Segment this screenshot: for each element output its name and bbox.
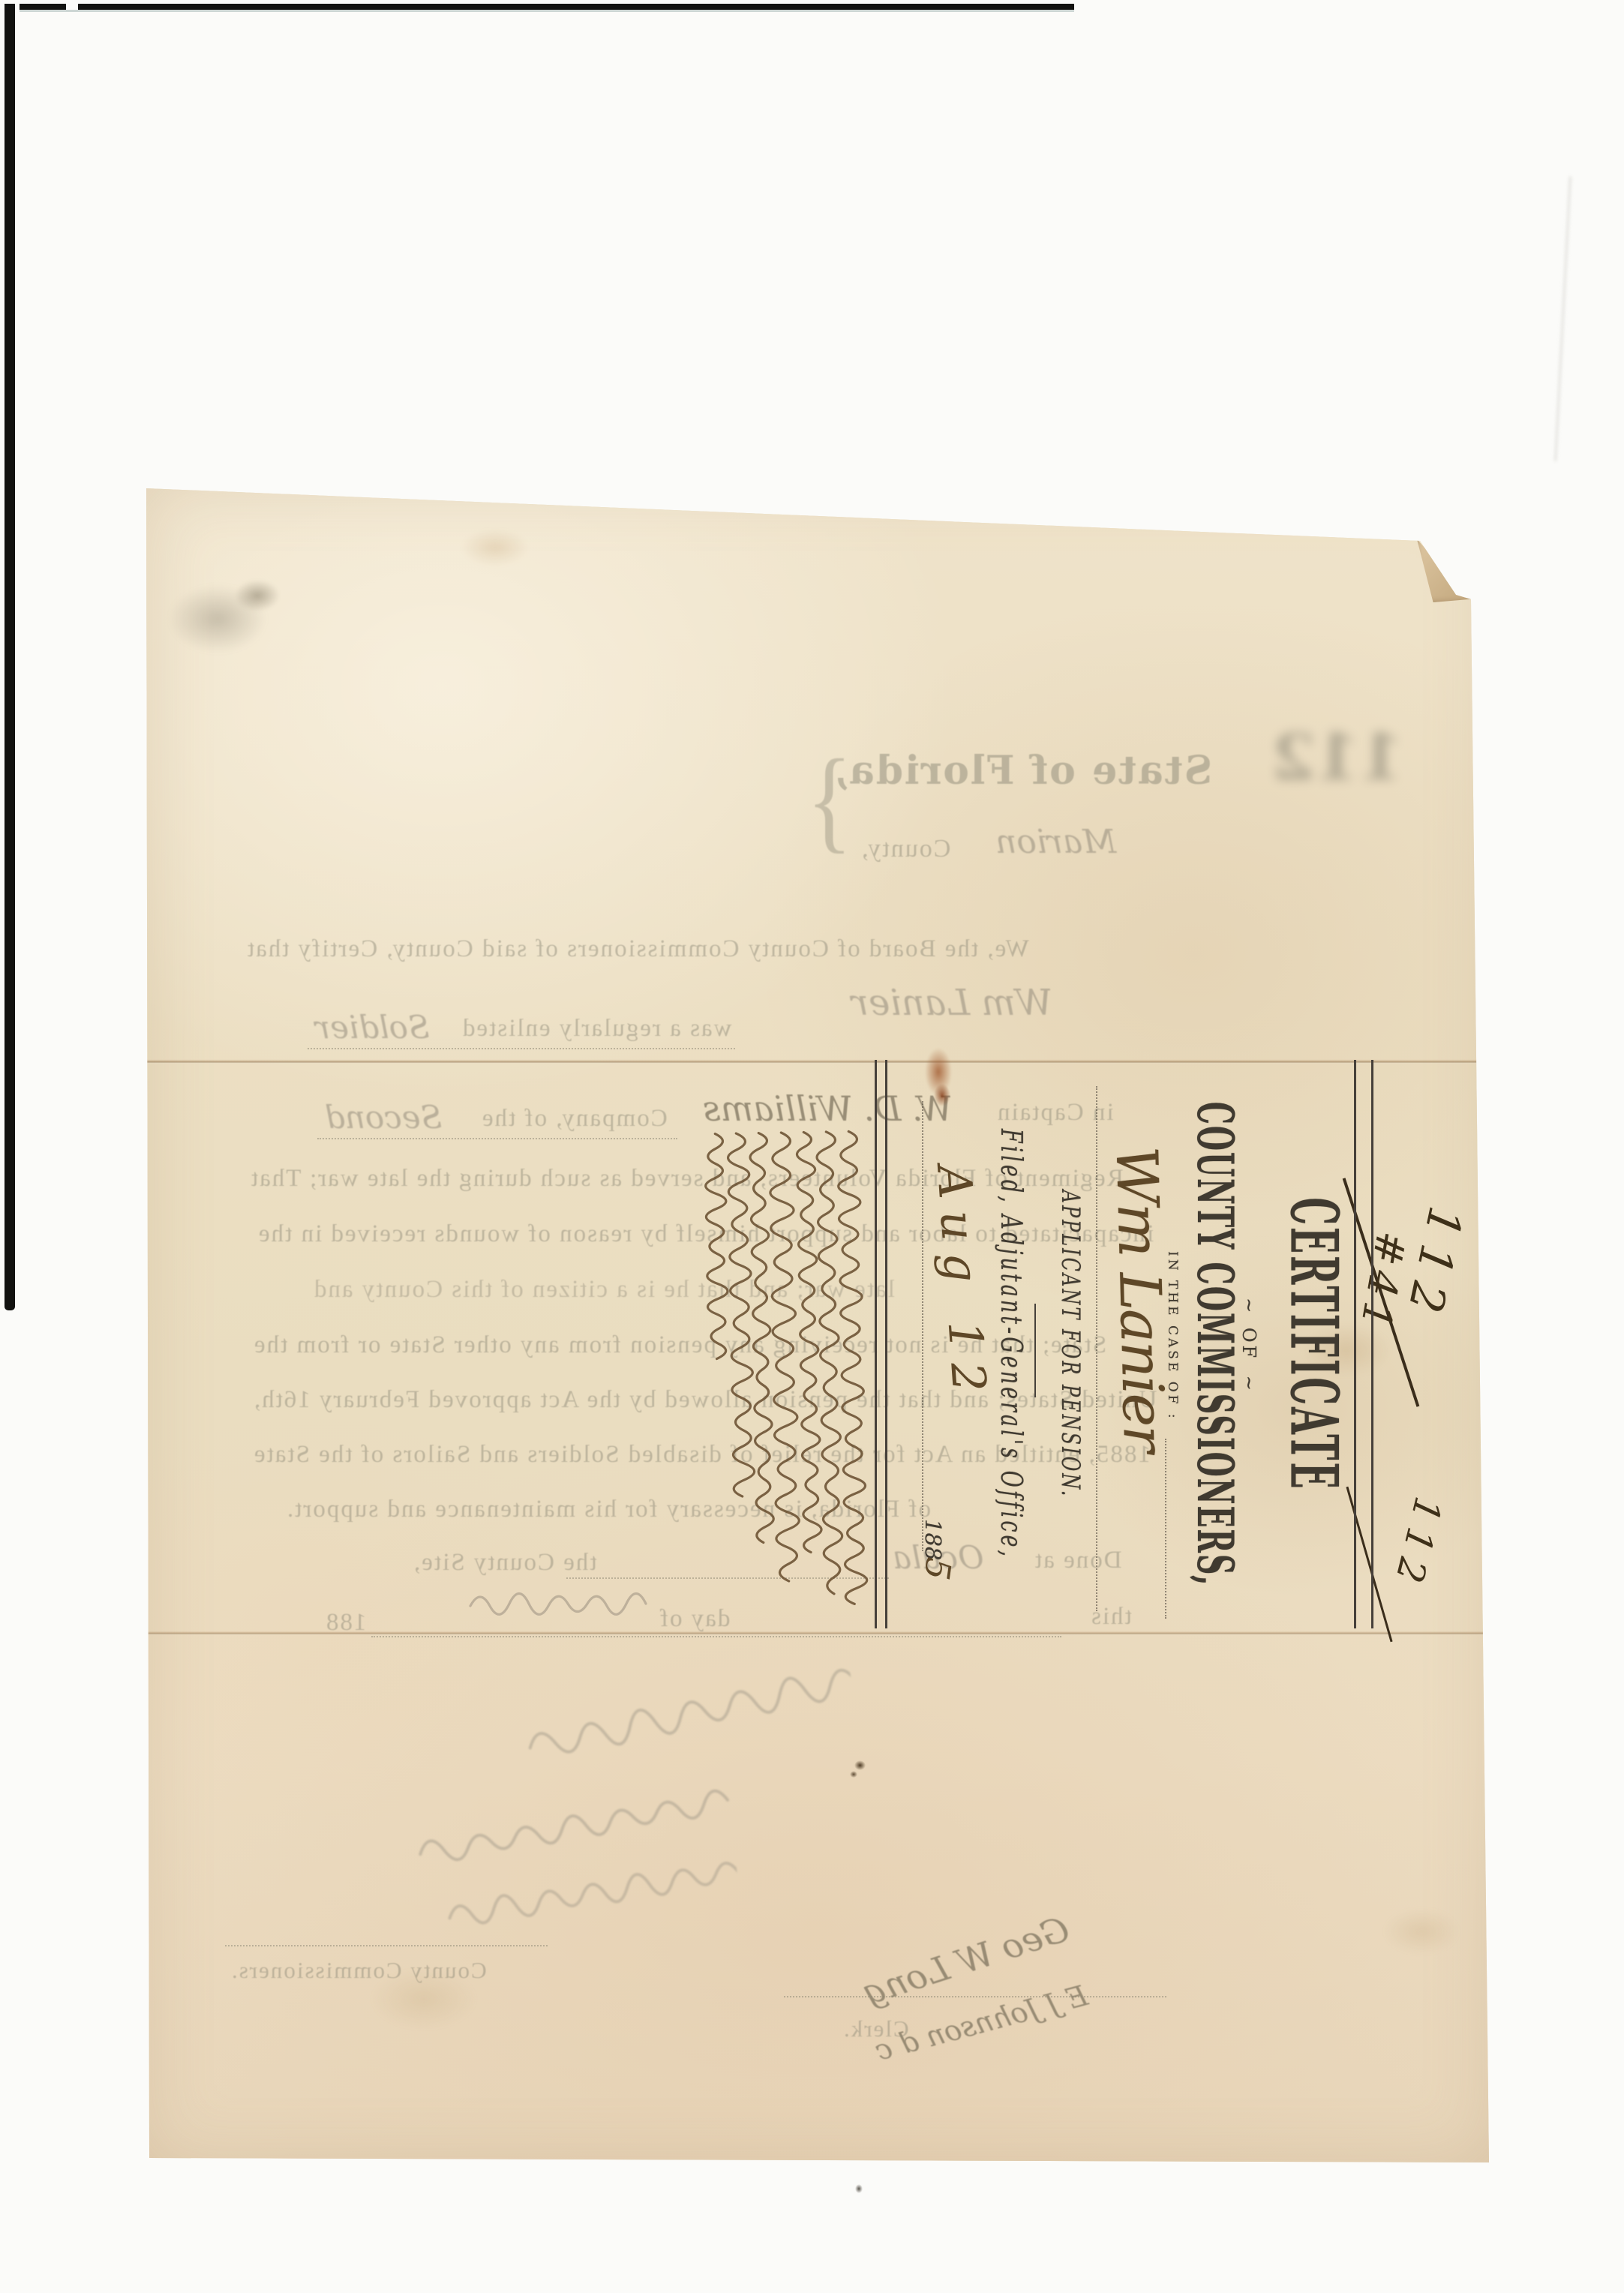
bleed-county-site-label: the County Site, [413,1549,597,1577]
scan-border-top-segment [78,4,1074,10]
applicant-label: APPLICANT FOR PENSION. [1055,1190,1085,1499]
ink-speck-1 [854,1760,866,1770]
filed-label: Filed, Adjutant-General's Office, [994,1129,1028,1559]
faint-signature-squiggle-1 [522,1650,857,1778]
docket-top-rule-2 [1354,1060,1356,1628]
bleed-dotted-line-clerk [784,1996,1166,1997]
signature-dotted-line [1096,1086,1097,1611]
bleed-clerk-label: Clerk. [842,2015,909,2042]
filed-year-printed: 188 [920,1519,946,1560]
docket-mid-rule [1034,1304,1036,1397]
docket-subtitle-row: COUNTY COMMISSIONERS, [1199,1060,1232,1628]
claimant-signature: Wm Lanier [1103,1145,1178,1452]
bleed-dotted-line-commissioners [225,1945,548,1946]
case-number-side-underline [1346,1487,1392,1642]
scan-border-top-left-segment [20,4,66,10]
bleed-claimant-name: Wm Lanier [851,982,1052,1024]
bleed-dotted-line-4 [371,1636,1061,1637]
filed-year-digit-handwritten: 5 [916,1555,959,1583]
bleed-dotted-line-2 [317,1138,677,1139]
bleed-number-smudge: 112 [1271,720,1403,794]
ink-speck-2 [850,1771,857,1778]
docket-subtitle: COUNTY COMMISSIONERS, [1186,1102,1245,1587]
bleed-regiment-number-handwritten: Second [325,1099,442,1136]
bleed-county-label: County, [860,835,950,863]
applicant-label-row: APPLICANT FOR PENSION. [1060,1060,1081,1628]
filed-label-row: Filed, Adjutant-General's Office, [999,1060,1022,1628]
in-the-case-of-leader-dots [1165,1439,1166,1619]
foxing-spot-1 [461,529,529,566]
handwritten-note-squiggles [697,1130,870,1628]
docket-bottom-rule-1 [885,1060,887,1628]
bleed-enlisted-line: was a regularly enlisted [461,1015,731,1043]
scan-border-left-bar [5,4,15,1310]
bleed-day-handwriting-squiggle [469,1583,649,1628]
docket-bottom-rule-2 [875,1060,877,1628]
bleed-certify-line: We, the Board of County Commissioners of… [246,935,1029,963]
bleed-company-label: Company, of the [481,1105,668,1133]
docket-title-row: CERTIFICATE [1294,1060,1334,1628]
smudge-top-left-dark [235,580,280,611]
docket-title: CERTIFICATE [1276,1197,1353,1490]
docket-top-rule-1 [1371,1060,1373,1628]
bleed-dotted-line-1 [308,1048,735,1049]
scan-edge-wisp [1554,176,1571,461]
case-number-mid: #41 [1350,1228,1415,1338]
filed-date-handwritten: Aug 12 [926,1163,998,1406]
ink-speck-3 [1006,2240,1016,2249]
bleed-state-header: State of Florida, [833,748,1212,794]
filed-date-dotted-line [922,1101,923,1551]
document-paper: } State of Florida, Marion County, We, t… [146,484,1490,2165]
foxing-spot-4 [1384,1909,1459,1954]
bleed-year-printed: 188 [325,1609,367,1637]
docket-panel: 112 #41 112 CERTIFICATE ~ OF ~ COUNTY CO… [698,1060,1466,1630]
case-number-side: 112 [1385,1493,1451,1595]
dog-ear-corner-flap [1417,539,1471,602]
scan-border-top-shadow [20,10,1074,12]
scan-bottom-speck [855,2184,863,2193]
bleed-soldier-handwritten: Soldier [315,1009,430,1046]
foxing-spot-3 [371,1969,476,2029]
scanned-document-page: { "document_type": "scanned archival pen… [0,0,1624,2293]
bleed-county-name-handwritten: Marion [995,823,1116,861]
